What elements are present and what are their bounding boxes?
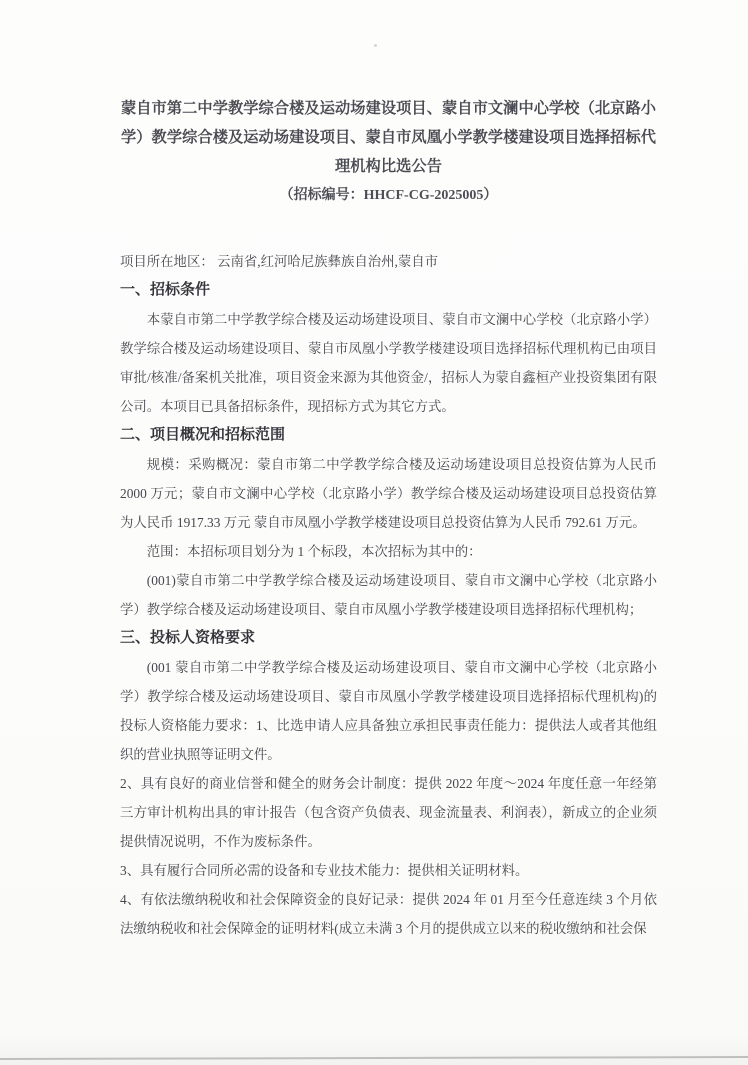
requirement-2-paragraph: 2、具有良好的商业信誉和健全的财务会计制度：提供 2022 年度～2024 年度…	[120, 769, 657, 856]
document-body: 项目所在地区： 云南省,红河哈尼族彝族自治州,蒙自市 一、招标条件 本蒙自市第二…	[120, 247, 657, 943]
section-1-heading: 一、招标条件	[120, 276, 657, 305]
content-column: 蒙自市第二中学教学综合楼及运动场建设项目、蒙自市文澜中心学校（北京路小学）教学综…	[120, 0, 657, 943]
section-2-heading: 二、项目概况和招标范围	[120, 421, 657, 450]
page-bottom-edge	[0, 1056, 748, 1060]
tender-number: （招标编号：HHCF-CG-2025005）	[120, 181, 657, 210]
requirement-1-paragraph: (001 蒙自市第二中学教学综合楼及运动场建设项目、蒙自市文澜中心学校（北京路小…	[120, 653, 657, 769]
requirement-4-paragraph: 4、有依法缴纳税收和社会保障资金的良好记录：提供 2024 年 01 月至今任意…	[120, 885, 657, 943]
scope-paragraph: 范围：本招标项目划分为 1 个标段，本次招标为其中的：	[120, 537, 657, 566]
lot-paragraph: (001)蒙自市第二中学教学综合楼及运动场建设项目、蒙自市文澜中心学校（北京路小…	[120, 566, 657, 624]
document-title: 蒙自市第二中学教学综合楼及运动场建设项目、蒙自市文澜中心学校（北京路小学）教学综…	[120, 94, 657, 181]
section-1-paragraph: 本蒙自市第二中学教学综合楼及运动场建设项目、蒙自市文澜中心学校（北京路小学）教学…	[120, 305, 657, 421]
requirement-3-paragraph: 3、具有履行合同所必需的设备和专业技术能力：提供相关证明材料。	[120, 856, 657, 885]
project-location-line: 项目所在地区： 云南省,红河哈尼族彝族自治州,蒙自市	[120, 247, 657, 276]
scale-paragraph: 规模：采购概况：蒙自市第二中学教学综合楼及运动场建设项目总投资估算为人民币 20…	[120, 450, 657, 537]
section-3-heading: 三、投标人资格要求	[120, 624, 657, 653]
document-page: 蒙自市第二中学教学综合楼及运动场建设项目、蒙自市文澜中心学校（北京路小学）教学综…	[0, 0, 748, 1065]
title-block: 蒙自市第二中学教学综合楼及运动场建设项目、蒙自市文澜中心学校（北京路小学）教学综…	[120, 94, 657, 210]
